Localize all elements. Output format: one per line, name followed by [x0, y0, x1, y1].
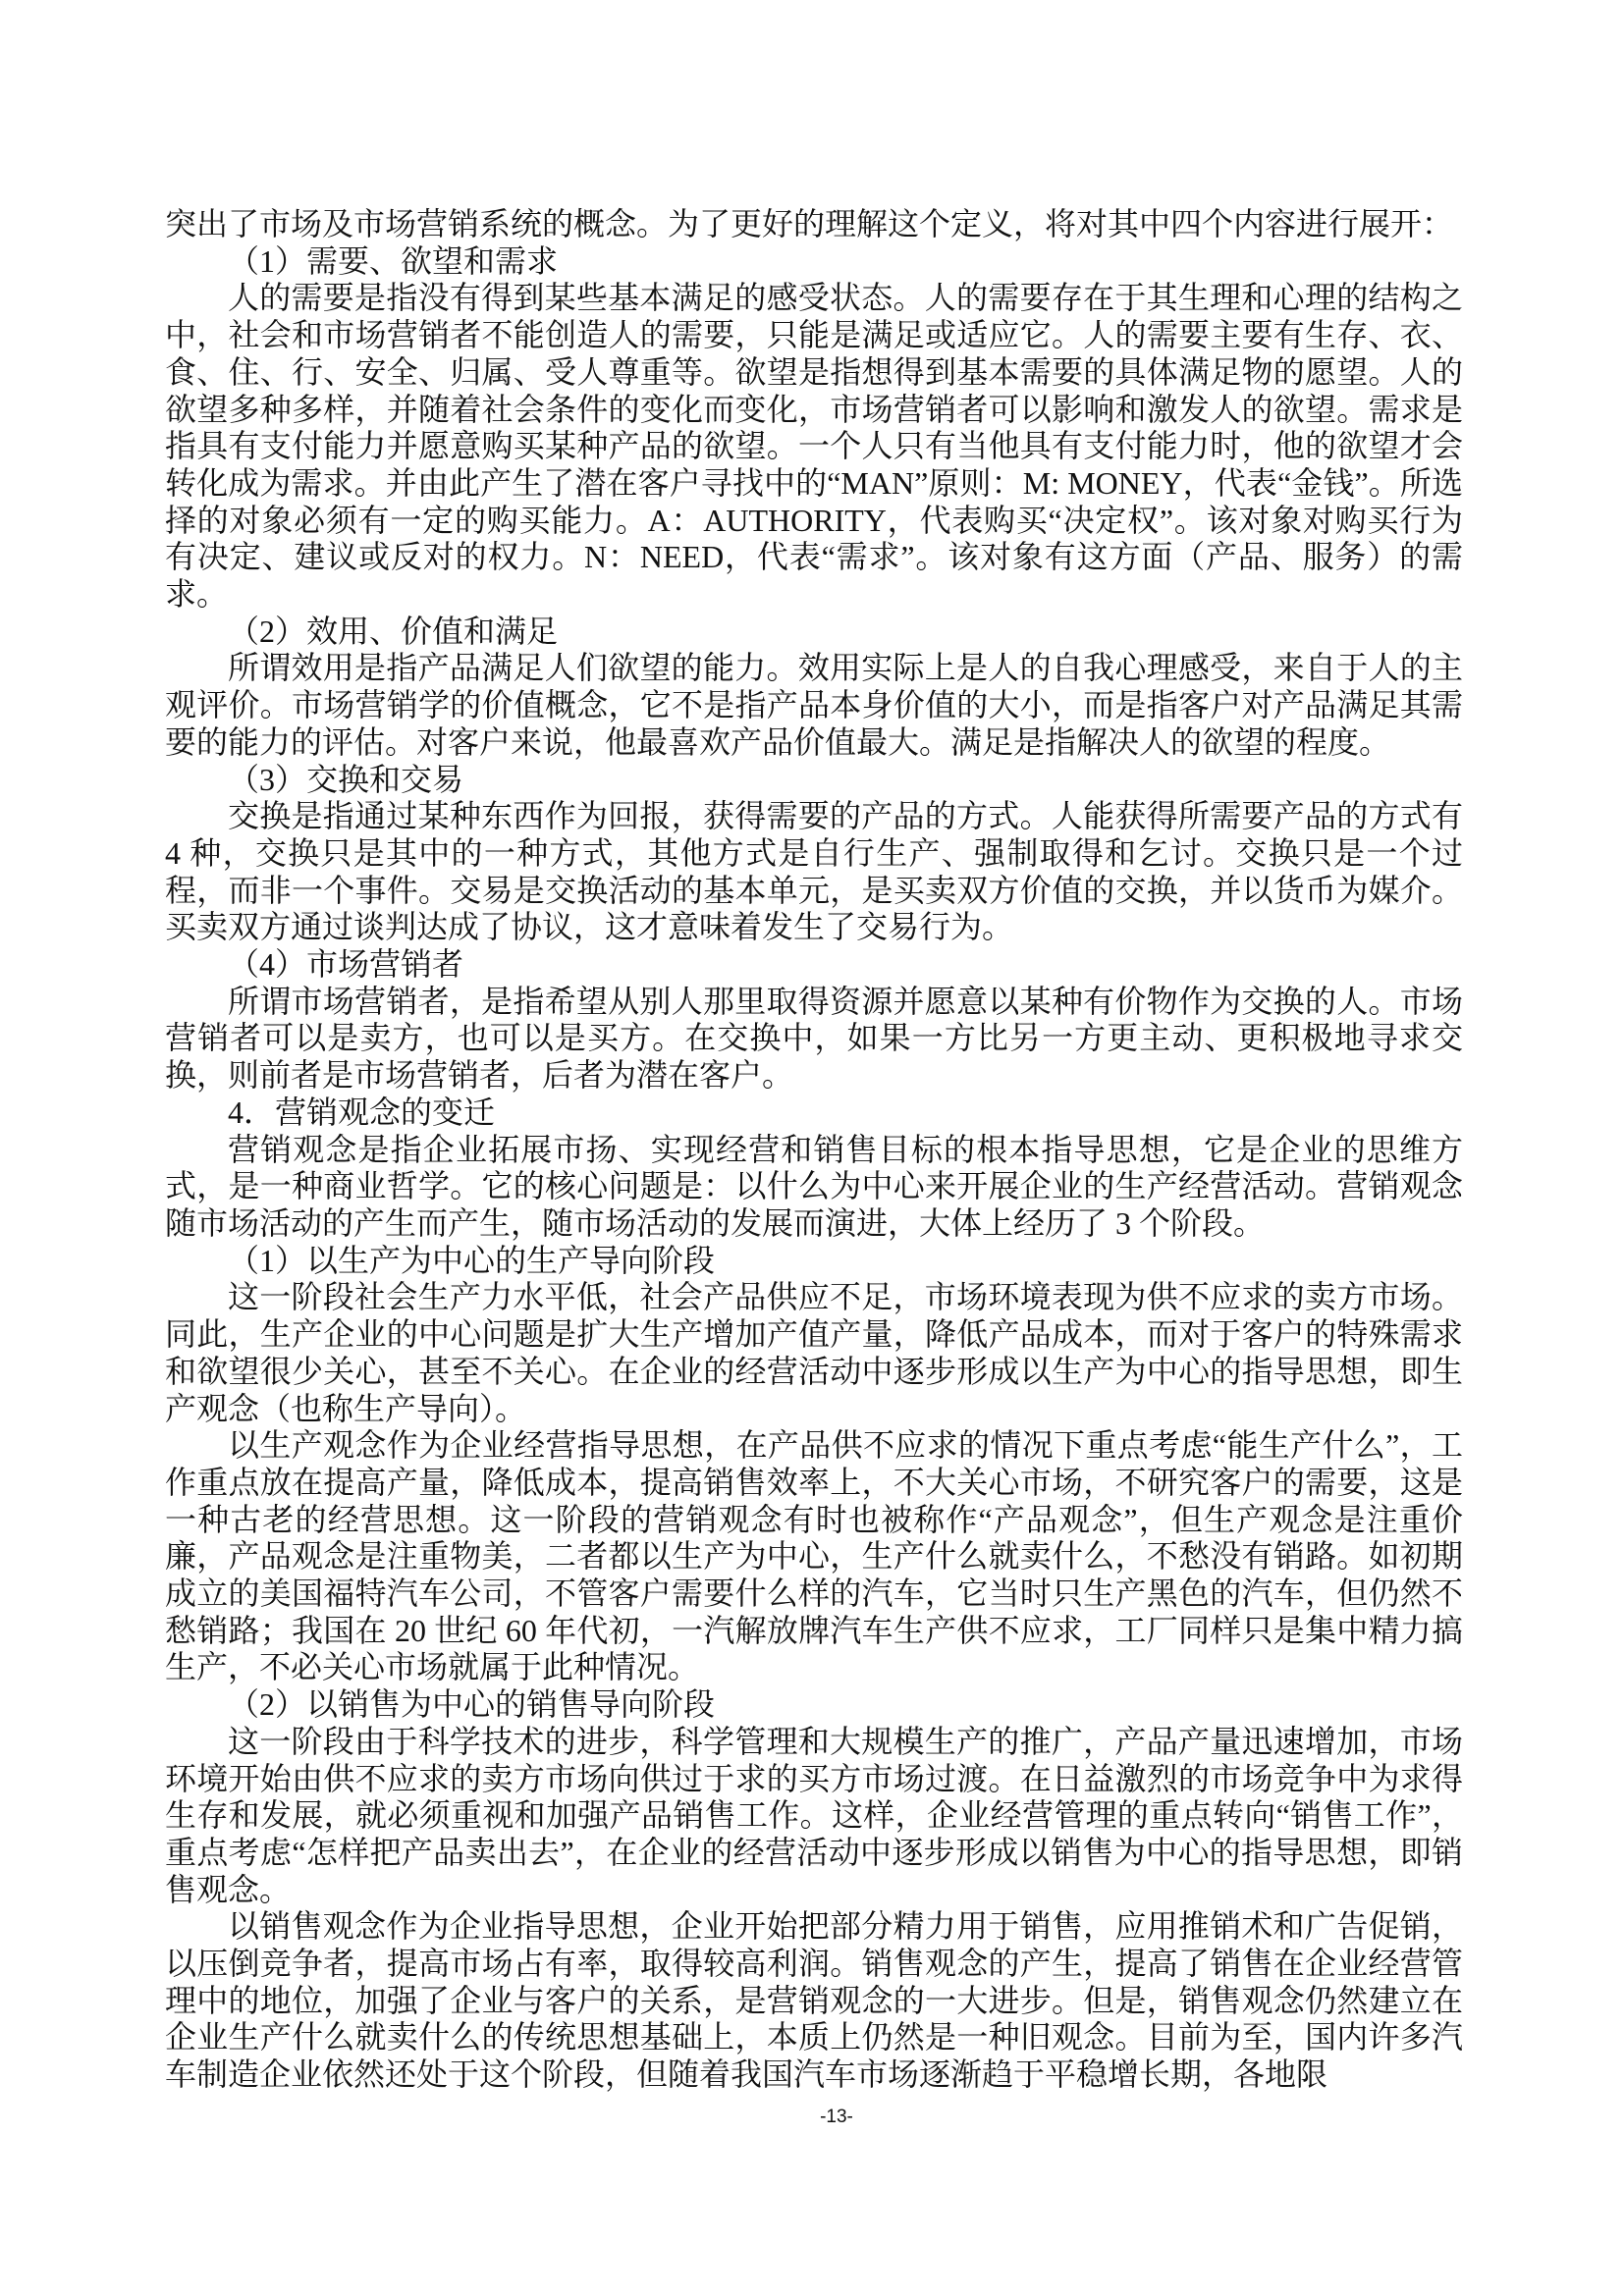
page-number: -13- — [25, 2107, 1624, 2128]
paragraph-14: 以生产观念作为企业经营指导思想，在产品供不应求的情况下重点考虑“能生产什么”，工… — [165, 1427, 1463, 1686]
paragraph-6: （3）交换和交易 — [165, 762, 1463, 799]
paragraph-11: 营销观念是指企业拓展市扬、实现经营和销售目标的根本指导思想，它是企业的思维方式，… — [165, 1132, 1463, 1243]
paragraph-2: （1）需要、欲望和需求 — [165, 243, 1463, 281]
paragraph-9: 所谓市场营销者，是指希望从别人那里取得资源并愿意以某种有价物作为交换的人。市场营… — [165, 984, 1463, 1095]
paragraph-1: 突出了市场及市场营销系统的概念。为了更好的理解这个定义，将对其中四个内容进行展开… — [165, 206, 1463, 243]
paragraph-10: 4．营销观念的变迁 — [165, 1095, 1463, 1132]
paragraph-7: 交换是指通过某种东西作为回报，获得需要的产品的方式。人能获得所需要产品的方式有 … — [165, 798, 1463, 946]
paragraph-13: 这一阶段社会生产力水平低，社会产品供应不足，市场环境表现为供不应求的卖方市场。同… — [165, 1279, 1463, 1427]
paragraph-15: （2）以销售为中心的销售导向阶段 — [165, 1686, 1463, 1724]
paragraph-16: 这一阶段由于科学技术的进步，科学管理和大规模生产的推广，产品产量迅速增加，市场环… — [165, 1724, 1463, 1909]
paragraph-3: 人的需要是指没有得到某些基本满足的感受状态。人的需要存在于其生理和心理的结构之中… — [165, 280, 1463, 613]
paragraph-8: （4）市场营销者 — [165, 946, 1463, 984]
body-text: 突出了市场及市场营销系统的概念。为了更好的理解这个定义，将对其中四个内容进行展开… — [165, 206, 1463, 2094]
paragraph-4: （2）效用、价值和满足 — [165, 614, 1463, 651]
paragraph-5: 所谓效用是指产品满足人们欲望的能力。效用实际上是人的自我心理感受，来自于人的主观… — [165, 650, 1463, 761]
paragraph-12: （1）以生产为中心的生产导向阶段 — [165, 1243, 1463, 1280]
document-page: 突出了市场及市场营销系统的概念。为了更好的理解这个定义，将对其中四个内容进行展开… — [0, 0, 1624, 2296]
paragraph-17: 以销售观念作为企业指导思想，企业开始把部分精力用于销售，应用推销术和广告促销，以… — [165, 1908, 1463, 2094]
